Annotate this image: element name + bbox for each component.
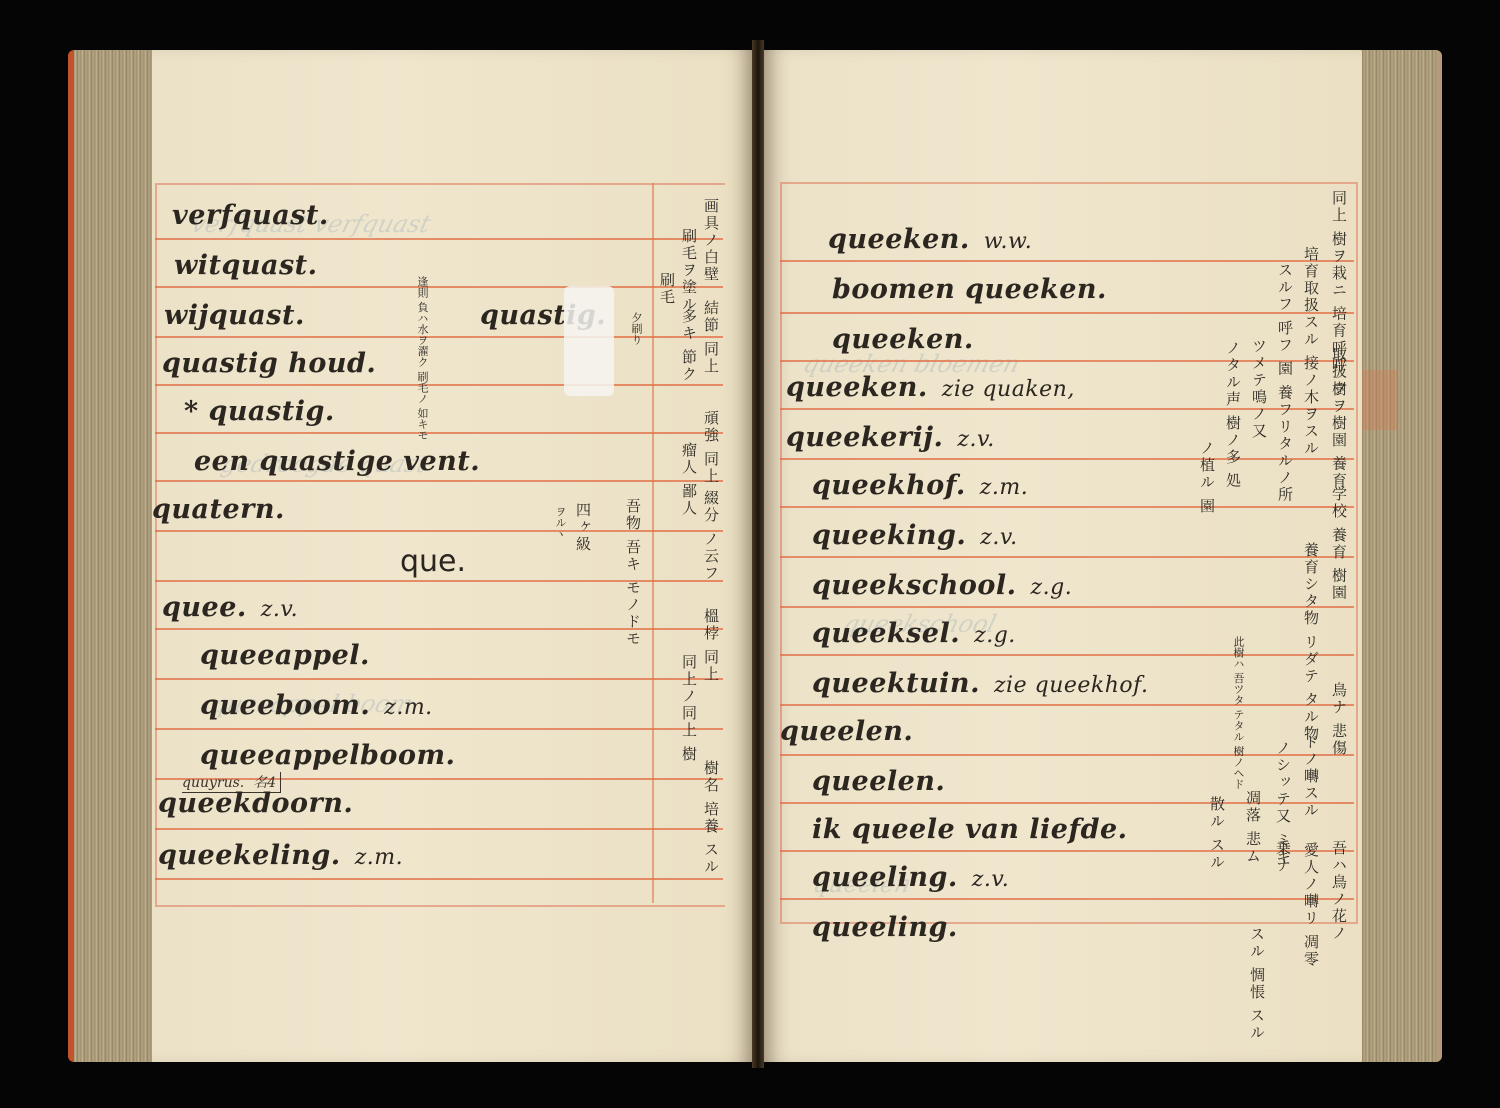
- entry-queekhof: queekhof.z.m.: [812, 470, 1028, 501]
- rgloss-17: 愛人ノ囀リ 凋零: [1302, 842, 1320, 968]
- bookmark-stain-right: [1362, 370, 1398, 430]
- gloss-4: 多キ 節ク: [680, 308, 698, 383]
- correction-whiteout: [564, 286, 614, 396]
- entry-queektuin: queektuin.zie queekhof.: [812, 668, 1149, 699]
- entry-ik-queele-van-liefde: ik queele van liefde.: [812, 814, 1128, 845]
- entry-quastig-marked: * quastig.: [184, 396, 335, 427]
- entry-queeken-zie-quaken: queeken.zie quaken,: [786, 372, 1075, 403]
- gloss-8: 綴分 ノ云フ: [702, 490, 720, 582]
- entry-queekschool: queekschool.z.g.: [812, 570, 1072, 601]
- entry-verfquast: verfquast.: [172, 200, 329, 231]
- entry-witquast: witquast.: [174, 250, 318, 281]
- rgloss-14: 凋落 悲ム: [1244, 790, 1262, 865]
- gloss-11: 吾物 吾キ モノドモ: [624, 498, 642, 648]
- right-page: queeken bloemen queekschool queelen quee…: [764, 50, 1362, 1062]
- entry-queekeling: queekeling.z.m.: [158, 840, 403, 871]
- rgloss-9: 此樹ハ 吾ツタ テタル 樹ノヘド: [1232, 636, 1245, 790]
- gloss-15: 逢則 負ハ水ヲ濯ク 刷毛ノ 如キモ: [416, 276, 429, 441]
- entry-queeling-2: queeling.: [812, 912, 958, 943]
- entry-queeksel: queeksel.z.g.: [812, 618, 1016, 649]
- entry-queekerij: queekerij.z.v.: [786, 422, 995, 453]
- entry-quatern: quatern.: [152, 494, 285, 525]
- gloss-7: 瘤人 鄙人: [680, 442, 698, 517]
- entry-queeappelboom: queeappelboom.: [200, 740, 455, 771]
- entry-een-quastige-vent: een quastige vent.: [194, 446, 480, 477]
- gloss-10: ヲルヽ: [554, 506, 567, 539]
- rgloss-2: 培育取扱スル 接ノ木ヲスル: [1302, 246, 1320, 457]
- rgloss-3: スルフ 呼フ 園 養フリタルノ所: [1276, 262, 1294, 503]
- rgloss-7: 学校 養育 樹園: [1330, 486, 1348, 602]
- right-page-edges: [1359, 50, 1442, 1062]
- rgloss-5: ノタル声 樹ノ多 処: [1224, 340, 1242, 490]
- entry-queekdoorn: queekdoorn.: [158, 788, 353, 819]
- rgloss-11: ドノ囀スル: [1302, 734, 1320, 819]
- gloss-13: 同上ノ同上 樹: [680, 654, 698, 763]
- entry-queeboom: queeboom.z.m.: [200, 690, 433, 721]
- gloss-9: 四ヶ級: [574, 502, 592, 553]
- gloss-12: 榲桲 同上: [702, 608, 720, 683]
- entry-queeappel: queeappel.: [200, 640, 370, 671]
- entry-queelen: queelen.: [780, 716, 913, 747]
- entry-queeken-ww: queeken.w.w.: [828, 224, 1032, 255]
- gloss-5: 夕刷り: [630, 312, 643, 345]
- left-gloss-column-rule: [652, 183, 654, 903]
- rgloss-4: ツメテ鳴ノ又: [1250, 338, 1268, 440]
- gloss-1: 刷毛ヲ塗ル: [680, 228, 698, 313]
- book-gutter: [752, 40, 764, 1068]
- gloss-14: 樹名 培養 スル: [702, 760, 720, 876]
- rgloss-10: 鳥ナ 悲傷: [1330, 682, 1348, 757]
- rgloss-1: 呼呼 樹ヲ樹園 養育: [1330, 340, 1348, 490]
- gloss-6: 頑強 同上: [702, 410, 720, 485]
- rgloss-6: ノ植ル 園: [1198, 440, 1216, 515]
- entry-queeling-zv: queeling.z.v.: [812, 862, 1009, 893]
- entry-queeking: queeking.z.v.: [812, 520, 1018, 551]
- entry-queelen-2: queelen.: [812, 766, 945, 797]
- section-heading-que: que.: [400, 544, 466, 579]
- left-page-edges: [68, 50, 158, 1062]
- left-page: verfquast verfquast gedroogde quast quee…: [152, 50, 752, 1062]
- entry-quastig-houd: quastig houd.: [162, 348, 376, 379]
- gloss-3: 結節 同上: [702, 300, 720, 375]
- gloss-0: 画具ノ白壁: [702, 198, 720, 283]
- gloss-2: 刷毛: [658, 272, 676, 306]
- rgloss-16: 吾ハ鳥ノ花ノ: [1330, 840, 1348, 942]
- entry-queeken-2: queeken.: [832, 324, 974, 355]
- rgloss-18: スル 惆悵 スル: [1248, 926, 1266, 1042]
- rgloss-8: 養育シタ物 リダテ タル物: [1302, 542, 1320, 743]
- entry-wijquast: wijquast.: [164, 300, 305, 331]
- entry-boomen-queeken: boomen queeken.: [832, 274, 1107, 305]
- open-book: verfquast verfquast gedroogde quast quee…: [62, 40, 1442, 1068]
- entry-quee: quee.z.v.: [162, 592, 298, 623]
- rgloss-13: 散ル スル: [1208, 796, 1226, 871]
- rgloss-15: 乗ナ: [1274, 840, 1292, 874]
